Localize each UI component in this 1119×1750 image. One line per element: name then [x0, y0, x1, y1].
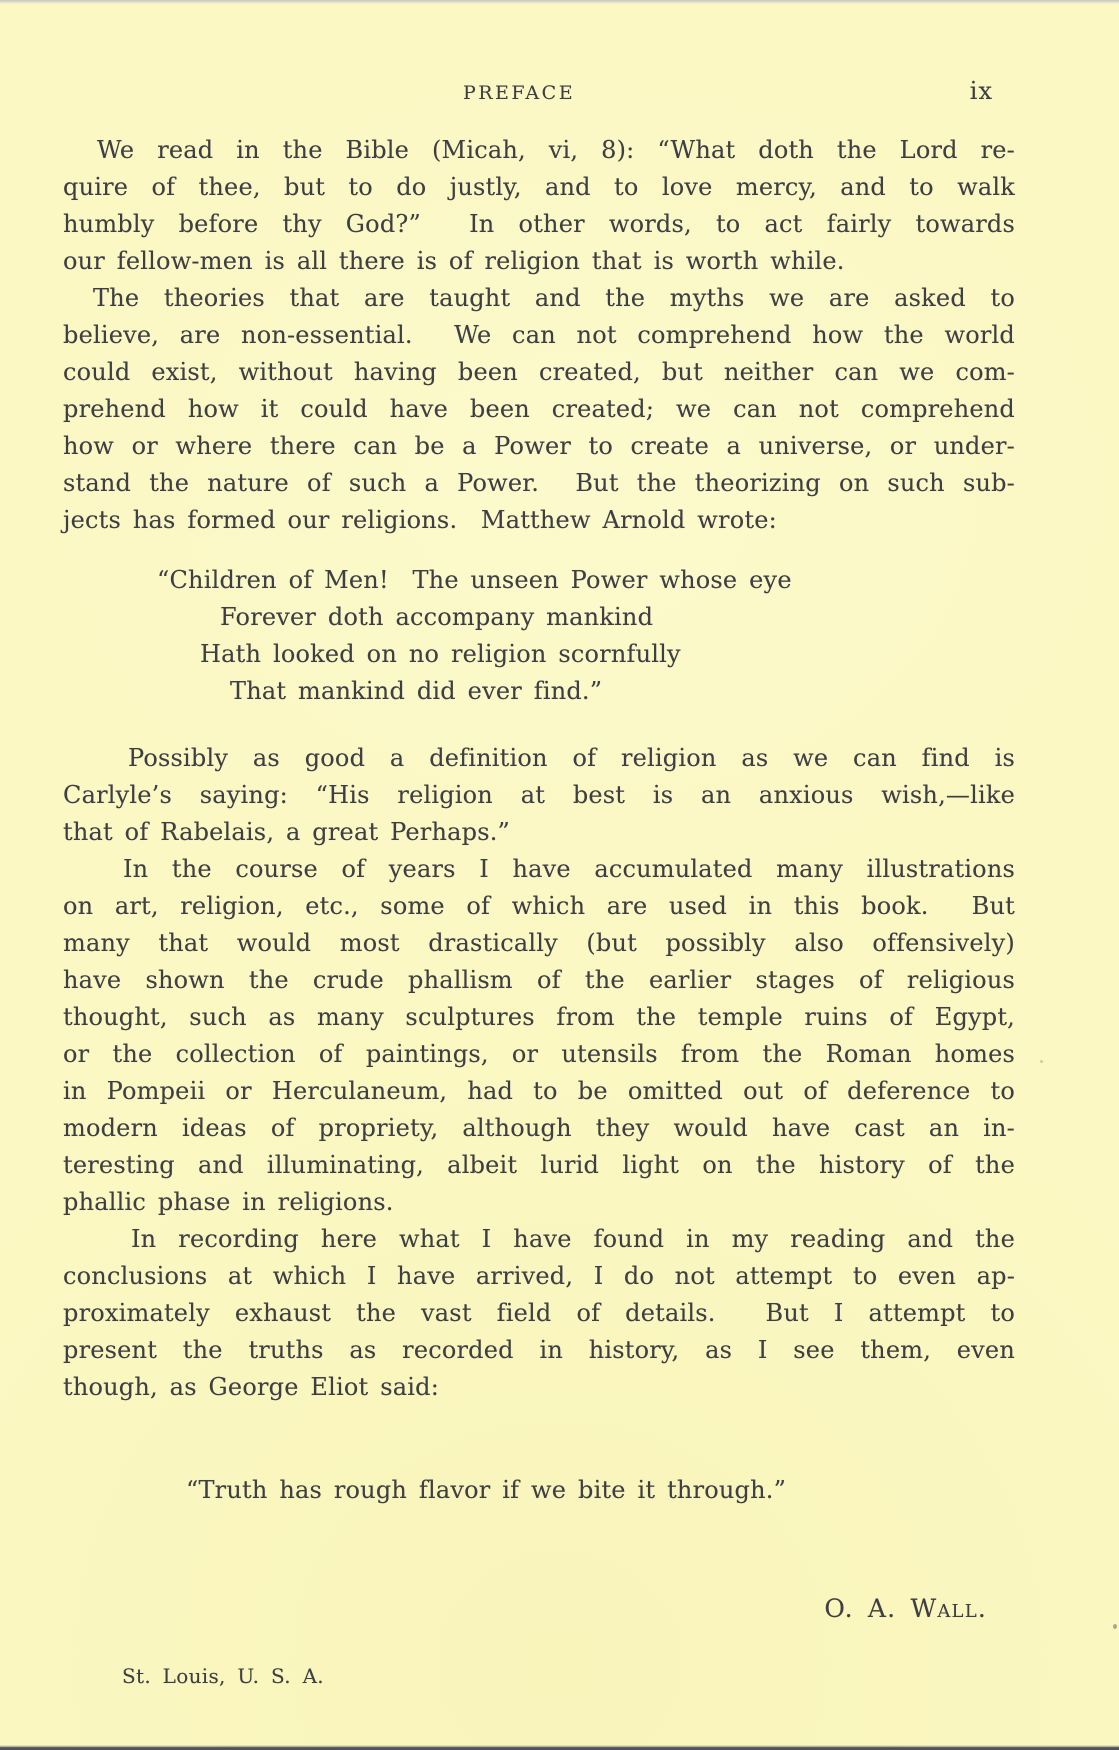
text-line: teresting and illuminating, albeit lurid… [63, 1147, 1015, 1184]
poem-block: “Children of Men! The unseen Power whose… [63, 562, 1015, 710]
page-header: PREFACE ix [63, 80, 1015, 110]
text-line: modern ideas of propriety, although they… [63, 1110, 1015, 1147]
paragraph: We read in the Bible (Micah, vi, 8): “Wh… [63, 132, 1015, 280]
text-line: humbly before thy God?” In other words, … [63, 206, 1015, 243]
text-line: “Children of Men! The unseen Power whose… [157, 562, 1015, 599]
text-line: conclusions at which I have arrived, I d… [63, 1258, 1015, 1295]
text-line: or the collection of paintings, or utens… [63, 1036, 1015, 1073]
text-line: “Truth has rough flavor if we bite it th… [186, 1472, 1015, 1509]
text-line: many that would most drastically (but po… [63, 925, 1015, 962]
text-line: In the course of years I have accumulate… [63, 851, 1015, 888]
text-line: We read in the Bible (Micah, vi, 8): “Wh… [63, 132, 1015, 169]
text-line: Possibly as good a definition of religio… [63, 740, 1015, 777]
text-line: Forever doth accompany mankind [220, 599, 1015, 636]
text-line: on art, religion, etc., some of which ar… [63, 888, 1015, 925]
text-line: prehend how it could have been created; … [63, 391, 1015, 428]
text-line: quire of thee, but to do justly, and to … [63, 169, 1015, 206]
text-line: In recording here what I have found in m… [63, 1221, 1015, 1258]
page-title: PREFACE [43, 82, 995, 104]
text-line: our fellow-men is all there is of religi… [63, 243, 1015, 280]
paragraph: The theories that are taught and the myt… [63, 280, 1015, 539]
place-line: St. Louis, U. S. A. [122, 1664, 324, 1688]
text-line: stand the nature of such a Power. But th… [63, 465, 1015, 502]
scan-speck [1040, 1060, 1043, 1063]
scan-edge-bottom [0, 1745, 1119, 1750]
text-line: believe, are non-essential. We can not c… [63, 317, 1015, 354]
scan-edge-top [0, 0, 1119, 4]
paragraph: In the course of years I have accumulate… [63, 851, 1015, 1221]
paragraph: In recording here what I have found in m… [63, 1221, 1015, 1406]
quote-block: “Truth has rough flavor if we bite it th… [63, 1472, 1015, 1509]
text-line: The theories that are taught and the myt… [63, 280, 1015, 317]
scan-speck [1113, 1624, 1117, 1629]
scanned-book-page: PREFACE ix We read in the Bible (Micah, … [0, 0, 1119, 1750]
text-line: Carlyle’s saying: “His religion at best … [63, 777, 1015, 814]
text-line: though, as George Eliot said: [63, 1369, 1015, 1406]
text-line: in Pompeii or Herculaneum, had to be omi… [63, 1073, 1015, 1110]
text-line: Hath looked on no religion scornfully [200, 636, 1015, 673]
text-line: have shown the crude phallism of the ear… [63, 962, 1015, 999]
text-line: proximately exhaust the vast field of de… [63, 1295, 1015, 1332]
page-body: We read in the Bible (Micah, vi, 8): “Wh… [63, 132, 1015, 1509]
text-line: jects has formed our religions. Matthew … [63, 502, 1015, 539]
text-line: that of Rabelais, a great Perhaps.” [63, 814, 1015, 851]
text-line: present the truths as recorded in histor… [63, 1332, 1015, 1369]
text-line: how or where there can be a Power to cre… [63, 428, 1015, 465]
text-line: That mankind did ever find.” [230, 673, 1015, 710]
author-signature: O. A. Wall. [63, 1594, 1015, 1623]
paragraph: Possibly as good a definition of religio… [63, 740, 1015, 851]
text-line: could exist, without having been created… [63, 354, 1015, 391]
text-line: thought, such as many sculptures from th… [63, 999, 1015, 1036]
page-number: ix [970, 77, 993, 105]
text-line: phallic phase in religions. [63, 1184, 1015, 1221]
